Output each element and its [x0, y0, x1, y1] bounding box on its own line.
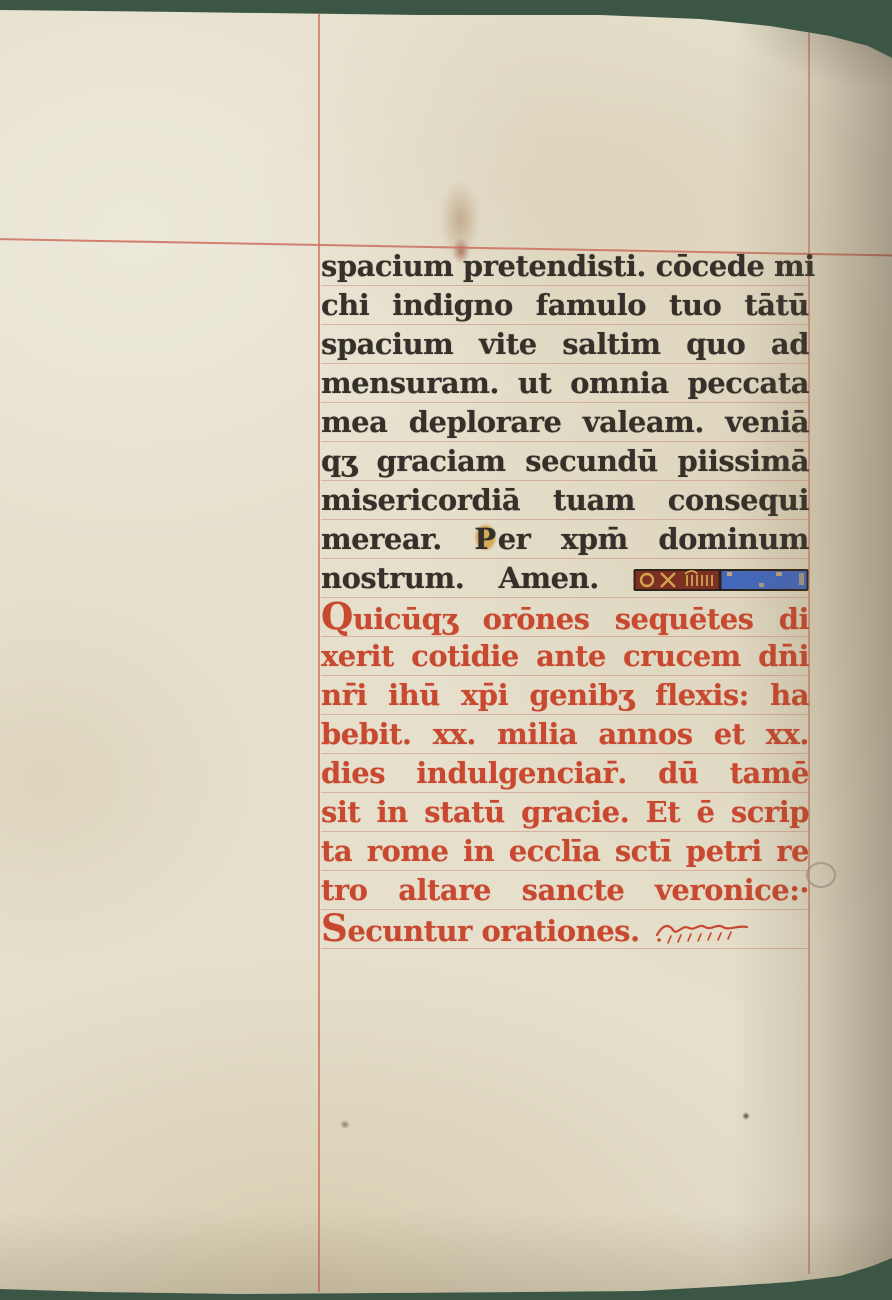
text-segment: spacium pretendisti. cōcede mi — [321, 249, 815, 283]
text-line-7: misericordiā tuam consequi — [321, 481, 809, 520]
text-segment: mensuram. ut omnia peccata — [321, 366, 809, 400]
bottom-edge-shadow — [0, 1210, 892, 1300]
ink-speck — [742, 1112, 750, 1120]
text-line-11: xerit cotidie ante crucem dn̄i — [321, 637, 809, 676]
big-initial: Q — [321, 594, 353, 638]
text-segment: bebit. xx. milia annos et xx. — [321, 717, 809, 751]
text-segment: mea deplorare valeam. veniā — [321, 405, 809, 439]
text-segment: ecuntur orationes. — [347, 914, 639, 948]
text-segment: qʒ graciam secundū piissimā — [321, 444, 809, 478]
text-segment: merear. — [321, 522, 472, 556]
text-segment: spacium vite saltim quo ad — [321, 327, 809, 361]
text-segment: sit in statū gracie. Et ē scrip — [321, 795, 809, 829]
text-line-1: spacium pretendisti. cōcede mi — [321, 247, 809, 286]
text-segment: chi indigno famulo tuo tātū — [321, 288, 809, 322]
text-segment: ta rome in ecclīa sctī petri re — [321, 834, 809, 868]
text-segment: nr̄i ihū xp̄i genibʒ flexis: ha — [321, 678, 809, 712]
text-line-12: nr̄i ihū xp̄i genibʒ flexis: ha — [321, 676, 809, 715]
line-filler-ornament-icon — [633, 568, 809, 592]
smudge-ring — [806, 862, 836, 888]
text-line-2: chi indigno famulo tuo tātū — [321, 286, 809, 325]
text-line-3: spacium vite saltim quo ad — [321, 325, 809, 364]
text-line-6: qʒ graciam secundū piissimā — [321, 442, 809, 481]
text-segment: dies indulgenciar̄. dū tamē — [321, 756, 809, 790]
text-line-9: nostrum. Amen. — [321, 559, 809, 598]
gold-initial: P — [472, 522, 497, 556]
text-line-8: merear. Per xpm̄ dominum — [321, 520, 809, 559]
text-line-17: tro altare sancte veronice:· — [321, 871, 809, 910]
text-segment: uicūqʒ orōnes sequētes di — [353, 602, 809, 636]
photo-backdrop: spacium pretendisti. cōcede michi indign… — [0, 0, 892, 1300]
text-line-16: ta rome in ecclīa sctī petri re — [321, 832, 809, 871]
corner-shadow — [632, 0, 892, 150]
text-line-15: sit in statū gracie. Et ē scrip — [321, 793, 809, 832]
text-segment: er xpm̄ dominum — [498, 522, 809, 556]
ink-speck — [340, 1120, 350, 1129]
text-segment: misericordiā tuam consequi — [321, 483, 809, 517]
text-line-4: mensuram. ut omnia peccata — [321, 364, 809, 403]
text-line-5: mea deplorare valeam. veniā — [321, 403, 809, 442]
text-segment: xerit cotidie ante crucem dn̄i — [321, 639, 809, 673]
text-line-10: Quicūqʒ orōnes sequētes di — [321, 598, 809, 637]
ruling-line-vertical-left — [318, 14, 320, 1292]
big-initial: S — [321, 906, 347, 950]
pen-flourish-icon — [655, 920, 751, 946]
text-segment: tro altare sancte veronice:· — [321, 873, 809, 907]
text-line-13: bebit. xx. milia annos et xx. — [321, 715, 809, 754]
text-block: spacium pretendisti. cōcede michi indign… — [321, 247, 809, 950]
text-line-14: dies indulgenciar̄. dū tamē — [321, 754, 809, 793]
text-segment: nostrum. Amen. — [321, 561, 633, 595]
parchment-page: spacium pretendisti. cōcede michi indign… — [0, 0, 892, 1300]
text-line-18: Secuntur orationes. — [321, 910, 809, 949]
